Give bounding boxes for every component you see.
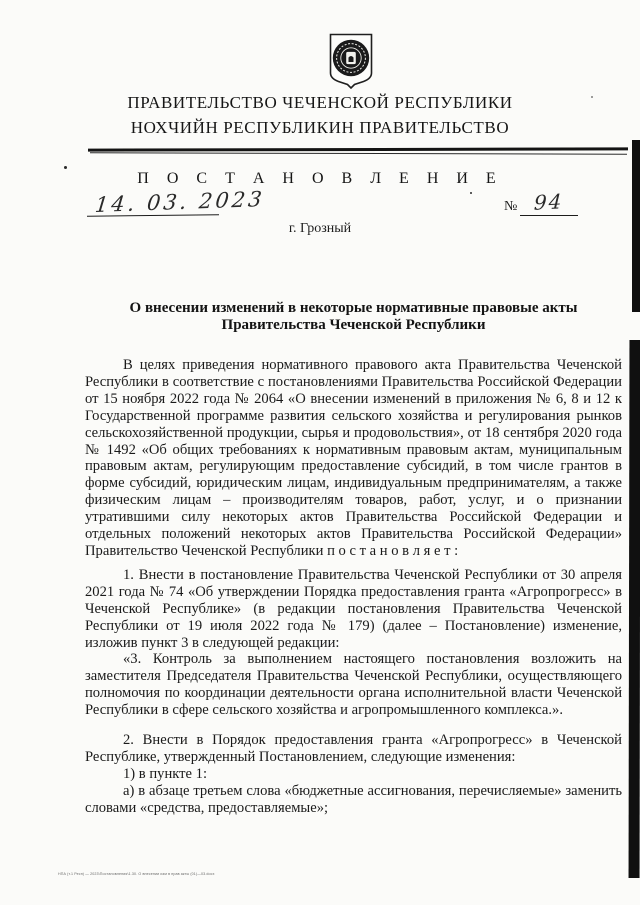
decree-title-text: О внесении изменений в некоторые нормати… <box>115 300 593 333</box>
scan-speck <box>64 166 67 169</box>
org-name-chechen: НОХЧИЙН РЕСПУБЛИКИН ПРАВИТЕЛЬСТВО <box>40 118 600 138</box>
handwritten-date: 14. 03. 2023 <box>94 187 266 217</box>
number-underline <box>520 215 578 216</box>
body-paragraph-item1: 1. Внести в постановление Правительства … <box>85 567 622 652</box>
decree-title: О внесении изменений в некоторые нормати… <box>85 300 622 333</box>
coat-of-arms-icon <box>328 33 374 89</box>
body-paragraph-quote3: «3. Контроль за выполнением настоящего п… <box>85 651 622 719</box>
number-sign-label: № <box>504 199 517 215</box>
body-paragraph-subitem-a: а) в абзаце третьем слова «бюджетные асс… <box>85 783 622 817</box>
scan-edge-artifact-lower <box>629 340 640 878</box>
decree-body: В целях приведения нормативного правовог… <box>85 357 622 817</box>
body-paragraph-item2: 2. Внести в Порядок предоставления грант… <box>85 732 622 766</box>
city-line: г. Грозный <box>0 221 640 237</box>
footer-file-note: НПА (т.1 Респ) — 2023\Постановления\1.30… <box>58 872 238 876</box>
date-underline <box>87 214 219 217</box>
scanned-decree-page: ПРАВИТЕЛЬСТВО ЧЕЧЕНСКОЙ РЕСПУБЛИКИ НОХЧИ… <box>0 0 640 905</box>
header-rule-thick <box>88 147 628 151</box>
body-paragraph-preamble: В целях приведения нормативного правовог… <box>85 357 622 560</box>
document-type-heading: П О С Т А Н О В Л Е Н И Е <box>0 170 640 188</box>
header-rule-thin <box>90 152 627 155</box>
org-name-russian: ПРАВИТЕЛЬСТВО ЧЕЧЕНСКОЙ РЕСПУБЛИКИ <box>40 93 600 113</box>
scan-speck <box>470 192 472 194</box>
handwritten-number: 94 <box>533 189 564 215</box>
scan-speck <box>591 96 593 98</box>
scan-edge-artifact-upper <box>632 140 640 312</box>
body-paragraph-subitem1: 1) в пункте 1: <box>85 766 622 783</box>
